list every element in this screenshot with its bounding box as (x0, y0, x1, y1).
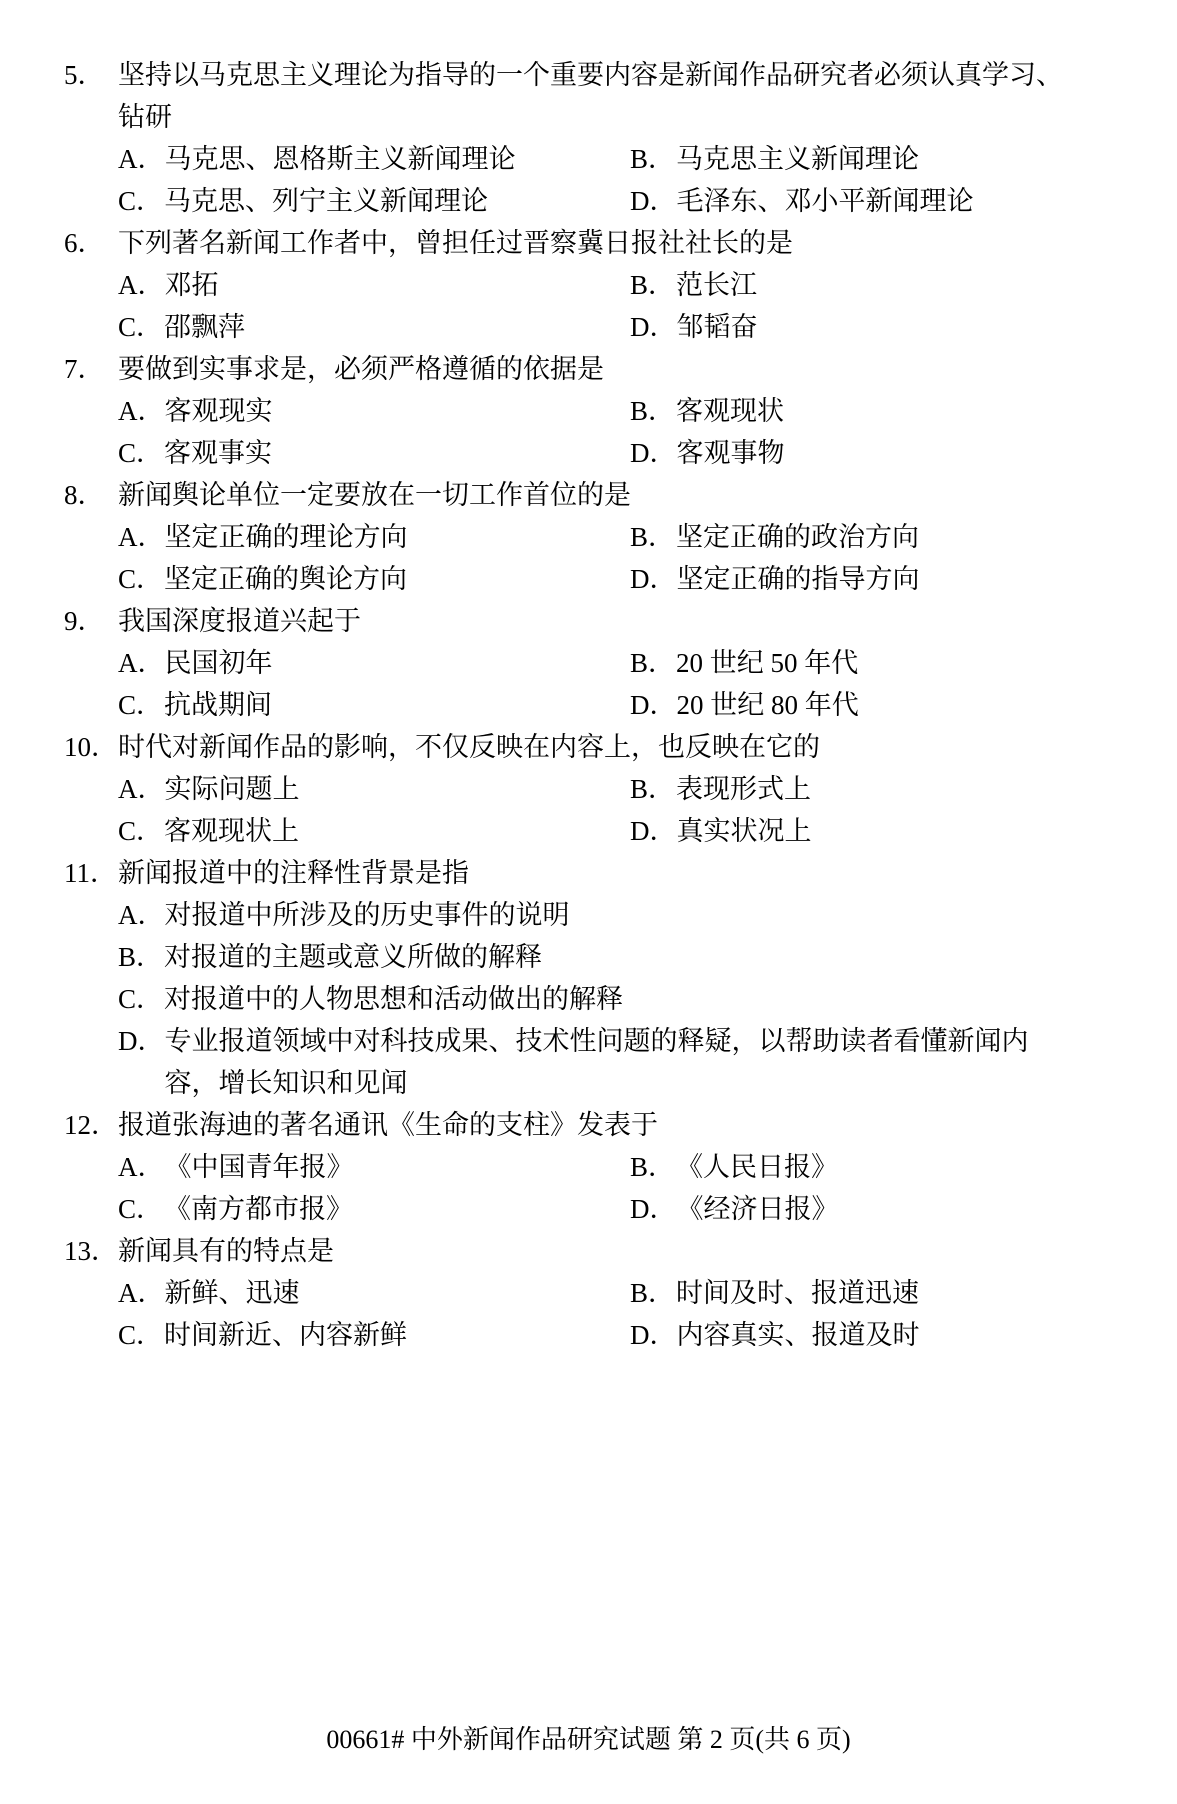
question-number: 5． (64, 54, 118, 96)
question: 11．新闻报道中的注释性背景是指A．对报道中所涉及的历史事件的说明B．对报道的主… (64, 852, 1080, 1104)
option: A．《中国青年报》 (118, 1146, 630, 1188)
option-text: 毛泽东、邓小平新闻理论 (677, 180, 1081, 222)
option-label: B． (630, 768, 676, 810)
question-number: 11． (64, 852, 118, 894)
option-text: 范长江 (676, 264, 1080, 306)
option-list: A．对报道中所涉及的历史事件的说明B．对报道的主题或意义所做的解释C．对报道中的… (118, 894, 1080, 1104)
option-label: C． (118, 1314, 164, 1356)
option-text: 邹韬奋 (677, 306, 1081, 348)
option-text: 时间新近、内容新鲜 (164, 1314, 630, 1356)
option-list: A．民国初年B．20 世纪 50 年代C．抗战期间D．20 世纪 80 年代 (118, 642, 1080, 726)
page-footer: 00661# 中外新闻作品研究试题 第 2 页(共 6 页) (0, 1724, 1177, 1756)
option: B．《人民日报》 (630, 1146, 1080, 1188)
question: 12．报道张海迪的著名通讯《生命的支柱》发表于A．《中国青年报》B．《人民日报》… (64, 1104, 1080, 1230)
question-stem: 下列著名新闻工作者中，曾担任过晋察冀日报社社长的是 (118, 222, 1080, 264)
option: C．邵飘萍 (118, 306, 630, 348)
option: A．坚定正确的理论方向 (118, 516, 630, 558)
option-text: 邓拓 (165, 264, 631, 306)
question-stem-row: 13．新闻具有的特点是 (64, 1230, 1080, 1272)
option-label: B． (630, 1272, 676, 1314)
option-text: 对报道的主题或意义所做的解释 (164, 936, 1080, 978)
question-stem: 新闻舆论单位一定要放在一切工作首位的是 (118, 474, 1080, 516)
option-label: C． (118, 432, 164, 474)
option-label: D． (118, 1020, 165, 1062)
question: 8．新闻舆论单位一定要放在一切工作首位的是A．坚定正确的理论方向B．坚定正确的政… (64, 474, 1080, 600)
option-text: 邵飘萍 (164, 306, 630, 348)
option-text: 民国初年 (165, 642, 631, 684)
option-text: 坚定正确的舆论方向 (164, 558, 630, 600)
option-text: 新鲜、迅速 (165, 1272, 631, 1314)
option: A．客观现实 (118, 390, 630, 432)
option-label: A． (118, 894, 165, 936)
question-number: 6． (64, 222, 118, 264)
question-stem: 要做到实事求是，必须严格遵循的依据是 (118, 348, 1080, 390)
option: C．抗战期间 (118, 684, 630, 726)
question: 9．我国深度报道兴起于A．民国初年B．20 世纪 50 年代C．抗战期间D．20… (64, 600, 1080, 726)
question: 7．要做到实事求是，必须严格遵循的依据是A．客观现实B．客观现状C．客观事实D．… (64, 348, 1080, 474)
option-list: A．实际问题上B．表现形式上C．客观现状上D．真实状况上 (118, 768, 1080, 852)
option-label: B． (630, 138, 676, 180)
question: 10．时代对新闻作品的影响，不仅反映在内容上，也反映在它的A．实际问题上B．表现… (64, 726, 1080, 852)
option: D．《经济日报》 (630, 1188, 1080, 1230)
option-text: 20 世纪 80 年代 (677, 684, 1081, 726)
option-label: C． (118, 558, 164, 600)
option-label: D． (630, 1314, 677, 1356)
option: D．客观事物 (630, 432, 1080, 474)
question-stem: 新闻报道中的注释性背景是指 (118, 852, 1080, 894)
option-text: 客观现实 (165, 390, 631, 432)
option-label: D． (630, 180, 677, 222)
question-stem: 报道张海迪的著名通讯《生命的支柱》发表于 (118, 1104, 1080, 1146)
option-text: 时间及时、报道迅速 (676, 1272, 1080, 1314)
option: D．20 世纪 80 年代 (630, 684, 1080, 726)
question-number: 13． (64, 1230, 118, 1272)
option: B．对报道的主题或意义所做的解释 (118, 936, 1080, 978)
option-text: 真实状况上 (677, 810, 1081, 852)
question-stem-row: 5．坚持以马克思主义理论为指导的一个重要内容是新闻作品研究者必须认真学习、钻研 (64, 54, 1080, 138)
option-label: D． (630, 684, 677, 726)
exam-page: 5．坚持以马克思主义理论为指导的一个重要内容是新闻作品研究者必须认真学习、钻研A… (0, 0, 1177, 1804)
option: C．客观事实 (118, 432, 630, 474)
option: B．客观现状 (630, 390, 1080, 432)
option-label: A． (118, 642, 165, 684)
question-stem-row: 8．新闻舆论单位一定要放在一切工作首位的是 (64, 474, 1080, 516)
option-label: B． (630, 642, 676, 684)
option-label: B． (630, 516, 676, 558)
option: A．马克思、恩格斯主义新闻理论 (118, 138, 630, 180)
option-text: 马克思、列宁主义新闻理论 (164, 180, 630, 222)
option-text: 《人民日报》 (676, 1146, 1080, 1188)
option-text: 内容真实、报道及时 (677, 1314, 1081, 1356)
option-label: A． (118, 264, 165, 306)
option-label: B． (630, 264, 676, 306)
option-text: 坚定正确的政治方向 (676, 516, 1080, 558)
option-label: A． (118, 1146, 165, 1188)
option-list: A．《中国青年报》B．《人民日报》C．《南方都市报》D．《经济日报》 (118, 1146, 1080, 1230)
option-label: C． (118, 180, 164, 222)
option-list: A．马克思、恩格斯主义新闻理论B．马克思主义新闻理论C．马克思、列宁主义新闻理论… (118, 138, 1080, 222)
option-label: C． (118, 684, 164, 726)
option-label: A． (118, 516, 165, 558)
option-text: 客观现状 (676, 390, 1080, 432)
question-stem: 我国深度报道兴起于 (118, 600, 1080, 642)
question: 5．坚持以马克思主义理论为指导的一个重要内容是新闻作品研究者必须认真学习、钻研A… (64, 54, 1080, 222)
question-stem-row: 6．下列著名新闻工作者中，曾担任过晋察冀日报社社长的是 (64, 222, 1080, 264)
option: D．坚定正确的指导方向 (630, 558, 1080, 600)
option-text: 马克思主义新闻理论 (676, 138, 1080, 180)
option-label: D． (630, 306, 677, 348)
question-stem-row: 12．报道张海迪的著名通讯《生命的支柱》发表于 (64, 1104, 1080, 1146)
option-text: 专业报道领域中对科技成果、技术性问题的释疑，以帮助读者看懂新闻内容，增长知识和见… (165, 1020, 1081, 1104)
question-stem-row: 10．时代对新闻作品的影响，不仅反映在内容上，也反映在它的 (64, 726, 1080, 768)
option-text: 实际问题上 (165, 768, 631, 810)
option-text: 《中国青年报》 (165, 1146, 631, 1188)
question-number: 10． (64, 726, 118, 768)
option-label: D． (630, 810, 677, 852)
option-text: 客观事物 (677, 432, 1081, 474)
question-stem: 坚持以马克思主义理论为指导的一个重要内容是新闻作品研究者必须认真学习、钻研 (118, 54, 1080, 138)
question-stem-row: 9．我国深度报道兴起于 (64, 600, 1080, 642)
question-number: 12． (64, 1104, 118, 1146)
option-label: B． (630, 390, 676, 432)
option-text: 客观现状上 (164, 810, 630, 852)
option-text: 对报道中所涉及的历史事件的说明 (165, 894, 1081, 936)
question-list: 5．坚持以马克思主义理论为指导的一个重要内容是新闻作品研究者必须认真学习、钻研A… (64, 54, 1080, 1356)
option-list: A．邓拓B．范长江C．邵飘萍D．邹韬奋 (118, 264, 1080, 348)
footer-text: 00661# 中外新闻作品研究试题 第 2 页(共 6 页) (326, 1725, 850, 1754)
option-label: A． (118, 390, 165, 432)
option: C．坚定正确的舆论方向 (118, 558, 630, 600)
option: D．真实状况上 (630, 810, 1080, 852)
option-list: A．坚定正确的理论方向B．坚定正确的政治方向C．坚定正确的舆论方向D．坚定正确的… (118, 516, 1080, 600)
option-label: C． (118, 978, 164, 1020)
option: D．毛泽东、邓小平新闻理论 (630, 180, 1080, 222)
option-label: C． (118, 306, 164, 348)
option-label: B． (630, 1146, 676, 1188)
option: D．内容真实、报道及时 (630, 1314, 1080, 1356)
option-label: A． (118, 1272, 165, 1314)
option: B．时间及时、报道迅速 (630, 1272, 1080, 1314)
option: C．对报道中的人物思想和活动做出的解释 (118, 978, 1080, 1020)
question-number: 7． (64, 348, 118, 390)
option: B．20 世纪 50 年代 (630, 642, 1080, 684)
option: A．对报道中所涉及的历史事件的说明 (118, 894, 1080, 936)
option: B．表现形式上 (630, 768, 1080, 810)
option-text: 表现形式上 (676, 768, 1080, 810)
option-text: 20 世纪 50 年代 (676, 642, 1080, 684)
option: C．《南方都市报》 (118, 1188, 630, 1230)
option-text: 客观事实 (164, 432, 630, 474)
option-list: A．新鲜、迅速B．时间及时、报道迅速C．时间新近、内容新鲜D．内容真实、报道及时 (118, 1272, 1080, 1356)
option-text: 马克思、恩格斯主义新闻理论 (165, 138, 631, 180)
option: C．客观现状上 (118, 810, 630, 852)
option-text: 《经济日报》 (677, 1188, 1081, 1230)
option: B．范长江 (630, 264, 1080, 306)
question: 13．新闻具有的特点是A．新鲜、迅速B．时间及时、报道迅速C．时间新近、内容新鲜… (64, 1230, 1080, 1356)
option: A．邓拓 (118, 264, 630, 306)
question-stem: 时代对新闻作品的影响，不仅反映在内容上，也反映在它的 (118, 726, 1080, 768)
option: A．民国初年 (118, 642, 630, 684)
option-label: D． (630, 1188, 677, 1230)
option-label: C． (118, 810, 164, 852)
question-number: 8． (64, 474, 118, 516)
option-label: C． (118, 1188, 164, 1230)
option-text: 对报道中的人物思想和活动做出的解释 (164, 978, 1080, 1020)
option: D．邹韬奋 (630, 306, 1080, 348)
option-list: A．客观现实B．客观现状C．客观事实D．客观事物 (118, 390, 1080, 474)
question-stem-row: 11．新闻报道中的注释性背景是指 (64, 852, 1080, 894)
option-label: B． (118, 936, 164, 978)
question-stem-row: 7．要做到实事求是，必须严格遵循的依据是 (64, 348, 1080, 390)
option-text: 坚定正确的指导方向 (677, 558, 1081, 600)
option: A．实际问题上 (118, 768, 630, 810)
option: B．坚定正确的政治方向 (630, 516, 1080, 558)
option: C．马克思、列宁主义新闻理论 (118, 180, 630, 222)
option: B．马克思主义新闻理论 (630, 138, 1080, 180)
option: A．新鲜、迅速 (118, 1272, 630, 1314)
option-label: D． (630, 558, 677, 600)
option-text: 坚定正确的理论方向 (165, 516, 631, 558)
option: D．专业报道领域中对科技成果、技术性问题的释疑，以帮助读者看懂新闻内容，增长知识… (118, 1020, 1080, 1104)
question: 6．下列著名新闻工作者中，曾担任过晋察冀日报社社长的是A．邓拓B．范长江C．邵飘… (64, 222, 1080, 348)
option-label: A． (118, 138, 165, 180)
option-text: 抗战期间 (164, 684, 630, 726)
question-stem: 新闻具有的特点是 (118, 1230, 1080, 1272)
option-label: A． (118, 768, 165, 810)
question-number: 9． (64, 600, 118, 642)
option-text: 《南方都市报》 (164, 1188, 630, 1230)
option-label: D． (630, 432, 677, 474)
option: C．时间新近、内容新鲜 (118, 1314, 630, 1356)
